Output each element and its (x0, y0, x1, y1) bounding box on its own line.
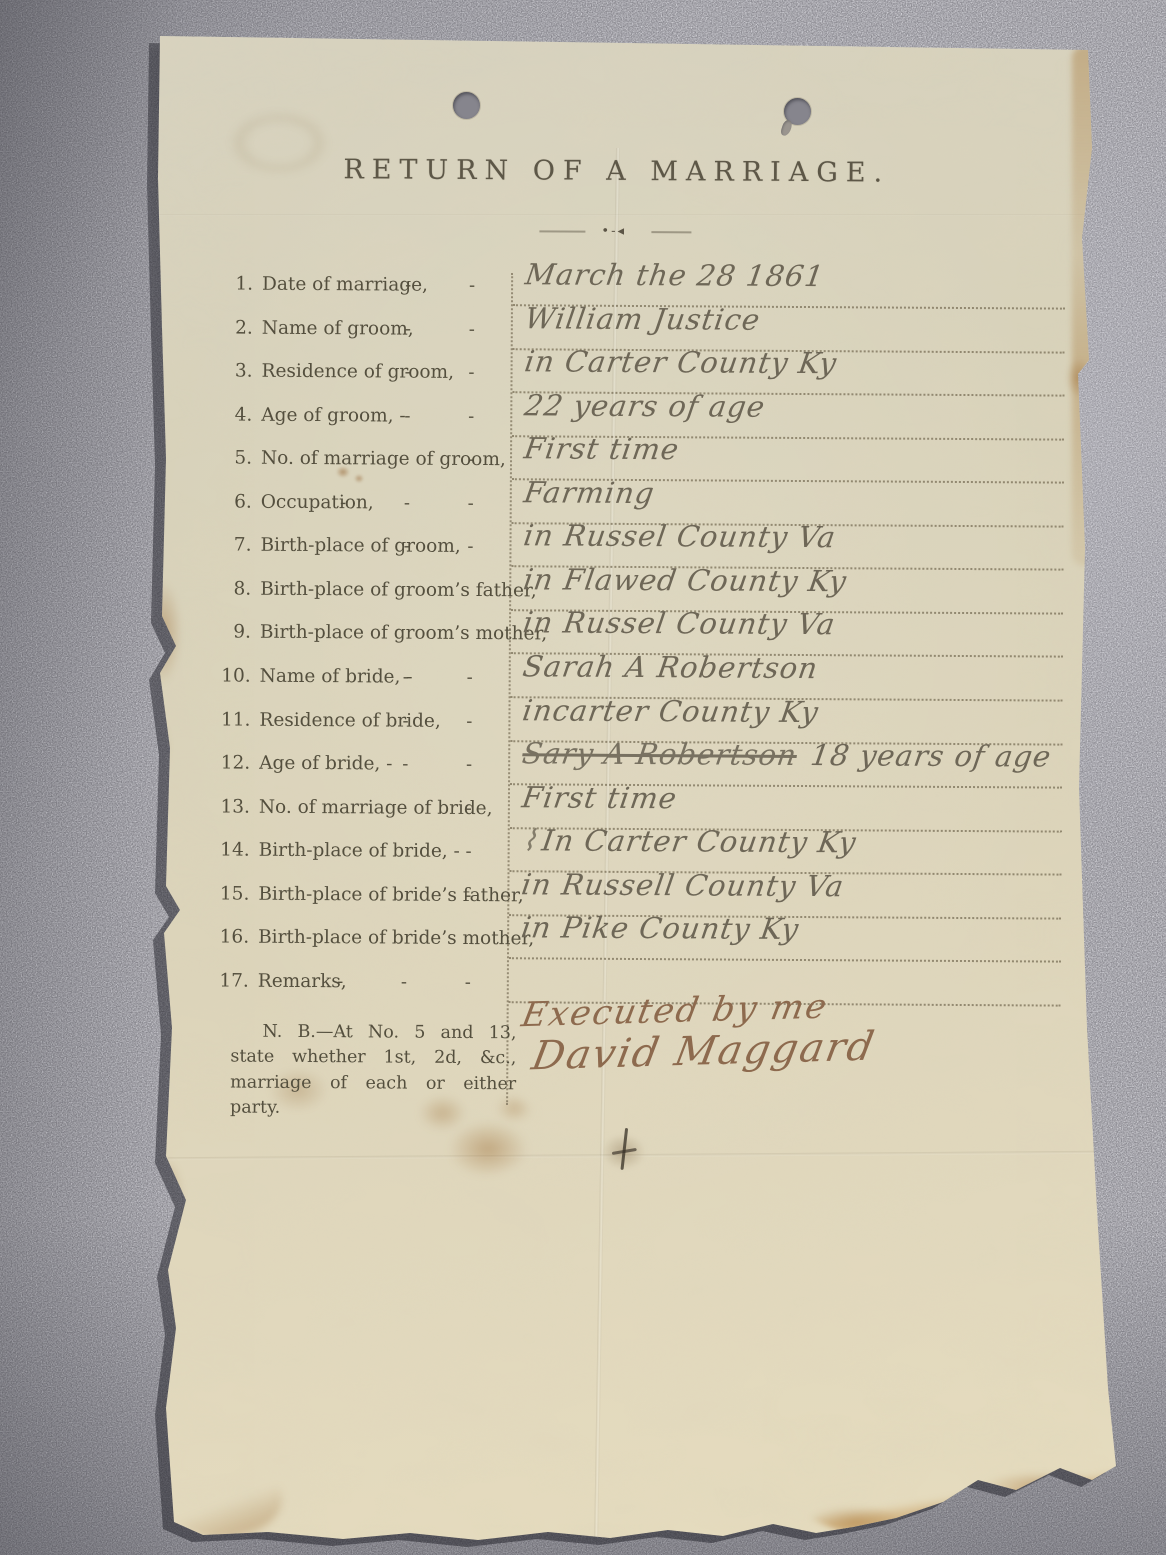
field-value-handwritten: in Carter County Ky (523, 344, 840, 380)
field-value-handwritten: March the 28 1861 (523, 257, 827, 293)
field-filler-dashes: - - (402, 710, 498, 732)
field-value-handwritten: First time (520, 780, 680, 815)
field-number: 14. (220, 840, 250, 861)
field-value-handwritten: ⌇In Carter County Ky (520, 823, 859, 859)
title-divider: •-◂ (539, 227, 699, 236)
field-value-handwritten: in Russel County Va (521, 519, 838, 555)
field-filler-dashes: - - (404, 536, 500, 558)
field-filler-dashes: - (465, 841, 497, 862)
field-label: 17.Remarks, (219, 970, 347, 992)
field-number: 8. (221, 578, 251, 599)
field-label: 9.Birth-place of groom’s mother, (221, 622, 547, 645)
nb-note: N. B.—At No. 5 and 13, state whether 1st… (230, 1020, 517, 1123)
field-value-handwritten: Farming (522, 475, 657, 510)
field-label: 13.No. of marriage of bride, (220, 796, 493, 819)
field-label: 10.Name of bride, - (221, 665, 413, 687)
field-filler-dashes: - - - (337, 971, 497, 993)
field-label: 1.Date of marriage, (223, 273, 428, 295)
field-filler-dashes: - - - (340, 492, 500, 514)
field-filler-dashes: - (468, 449, 500, 470)
field-number: 5. (222, 448, 252, 469)
field-label: 16.Birth-place of bride’s mother, (219, 927, 534, 950)
field-filler-dashes: - - (405, 362, 501, 384)
field-filler-dashes: - (466, 798, 498, 819)
field-number: 15. (219, 883, 249, 904)
field-number: 16. (219, 927, 249, 948)
form-content: RETURN OF A MARRIAGE. •-◂ 1.Date of marr… (143, 25, 1127, 1555)
field-label: 2.Name of groom, (223, 317, 414, 339)
field-filler-dashes: - - (405, 275, 501, 297)
field-filler-dashes: - - (405, 318, 501, 340)
field-number: 7. (221, 535, 251, 556)
field-value-handwritten: Sary A Robertson18 years of age (520, 736, 1054, 773)
document-photo: RETURN OF A MARRIAGE. •-◂ 1.Date of marr… (148, 28, 1123, 1555)
field-label: 12.Age of bride, - (220, 753, 392, 775)
field-value-handwritten: William Justice (523, 301, 763, 336)
field-label: 8.Birth-place of groom’s father, (221, 578, 537, 601)
paper-sheet: RETURN OF A MARRIAGE. •-◂ 1.Date of marr… (148, 28, 1123, 1555)
field-number: 1. (223, 273, 253, 294)
field-value-handwritten: incarter County Ky (520, 693, 821, 729)
field-number: 11. (220, 709, 250, 730)
field-number: 10. (221, 665, 251, 686)
field-value-handwritten: 22 years of age (522, 388, 767, 423)
field-value-handwritten: in Russell County Va (519, 867, 846, 903)
field-value-handwritten: Sarah A Robertson (521, 649, 821, 685)
ink-scribble (612, 1128, 638, 1172)
field-number: 17. (219, 970, 249, 991)
value-underline (509, 957, 1061, 962)
field-number: 6. (222, 491, 252, 512)
field-filler-dashes: - - (402, 754, 498, 776)
field-label: 5.No. of marriage of groom, (222, 448, 506, 471)
struck-out-text: Sary A Robertson (520, 736, 799, 772)
field-label: 14.Birth-place of bride, - (220, 840, 460, 862)
field-value-handwritten: in Flawed County Ky (521, 562, 849, 598)
field-value-handwritten: First time (522, 432, 682, 467)
field-number: 2. (223, 317, 253, 338)
field-value-handwritten: in Pike County Ky (519, 911, 801, 947)
field-value-handwritten: in Russel County Va (521, 606, 838, 642)
form-row: 16.Birth-place of bride’s mother,in Pike… (219, 921, 1059, 970)
field-filler-dashes: - (465, 885, 497, 906)
field-number: 13. (220, 796, 250, 817)
officiant-signature: David Maggard (528, 1024, 879, 1080)
field-number: 4. (222, 404, 252, 425)
field-label: 4.Age of groom, - (222, 404, 406, 426)
document-title: RETURN OF A MARRIAGE. (152, 153, 1082, 190)
field-number: 9. (221, 622, 251, 643)
field-number: 3. (222, 361, 252, 382)
field-filler-dashes: - - (403, 667, 499, 689)
field-filler-dashes: - - (404, 405, 500, 427)
field-number: 12. (220, 753, 250, 774)
